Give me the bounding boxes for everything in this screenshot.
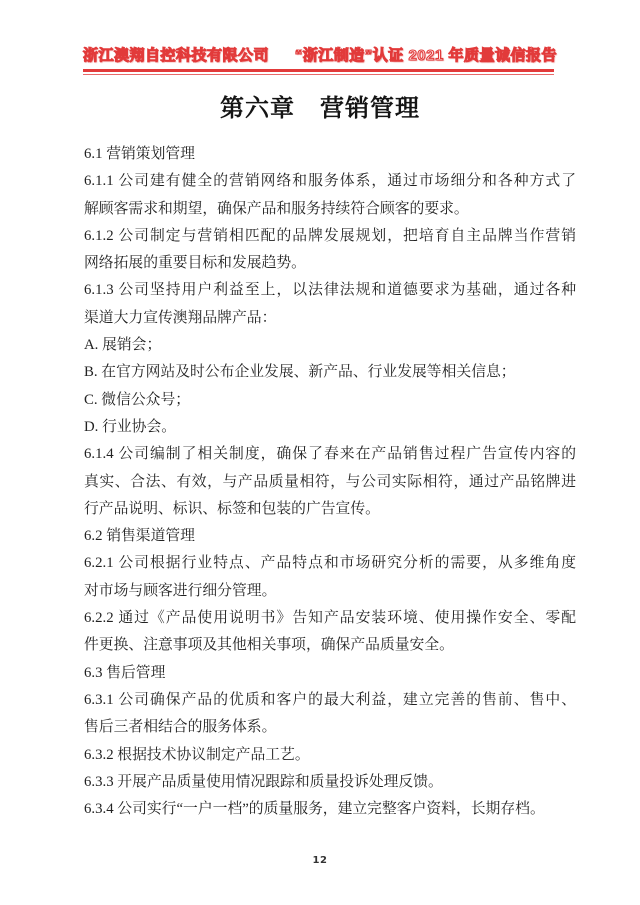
body-line: 解顾客需求和期望，确保产品和服务持续符合顾客的要求。 [84,196,576,223]
body-line: 6.1.2 公司制定与营销相匹配的品牌发展规划，把培育自主品牌当作营销 [84,223,576,250]
body-line: 6.2.2 通过《产品使用说明书》告知产品安装环境、使用操作安全、零配 [84,605,576,632]
header-report-title: “浙江制造”认证 2021 年质量诚信报告 [295,44,557,65]
body-line: 6.3.2 根据技术协议制定产品工艺。 [84,742,576,769]
body-line: 6.1 营销策划管理 [84,141,576,168]
header-double-rule [83,69,554,75]
body-line: C. 微信公众号； [84,387,576,414]
body-line: 6.3.4 公司实行“一户一档”的质量服务，建立完整客户资料，长期存档。 [84,796,576,823]
body-line: 6.3.3 开展产品质量使用情况跟踪和质量投诉处理反馈。 [84,769,576,796]
page-header: 浙江澳翔自控科技有限公司 “浙江制造”认证 2021 年质量诚信报告 [83,44,557,65]
document-body: 6.1 营销策划管理6.1.1 公司建有健全的营销网络和服务体系，通过市场细分和… [84,141,576,823]
header-rule-thin-line [83,74,554,75]
body-line: 渠道大力宣传澳翔品牌产品： [84,305,576,332]
body-line: 真实、合法、有效，与产品质量相符，与公司实际相符，通过产品铭牌进 [84,469,576,496]
body-line: 售后三者相结合的服务体系。 [84,714,576,741]
body-line: 行产品说明、标识、标签和包装的广告宣传。 [84,496,576,523]
body-line: 6.1.4 公司编制了相关制度，确保了春来在产品销售过程广告宣传内容的 [84,441,576,468]
body-line: 6.1.3 公司坚持用户利益至上，以法律法规和道德要求为基础，通过各种 [84,277,576,304]
body-line: 6.2.1 公司根据行业特点、产品特点和市场研究分析的需要，从多维角度 [84,550,576,577]
body-line: 6.3 售后管理 [84,660,576,687]
body-line: 网络拓展的重要目标和发展趋势。 [84,250,576,277]
header-company-name: 浙江澳翔自控科技有限公司 [83,44,269,65]
body-line: A. 展销会； [84,332,576,359]
body-line: B. 在官方网站及时公布企业发展、新产品、行业发展等相关信息； [84,359,576,386]
body-line: D. 行业协会。 [84,414,576,441]
body-line: 6.2 销售渠道管理 [84,523,576,550]
document-page: 浙江澳翔自控科技有限公司 “浙江制造”认证 2021 年质量诚信报告 第六章 营… [0,0,640,905]
chapter-title: 第六章 营销管理 [0,88,640,123]
body-line: 对市场与顾客进行细分管理。 [84,578,576,605]
page-number: 12 [0,855,640,866]
body-line: 6.1.1 公司建有健全的营销网络和服务体系，通过市场细分和各种方式了 [84,168,576,195]
body-line: 6.3.1 公司确保产品的优质和客户的最大利益，建立完善的售前、售中、 [84,687,576,714]
body-line: 件更换、注意事项及其他相关事项，确保产品质量安全。 [84,632,576,659]
